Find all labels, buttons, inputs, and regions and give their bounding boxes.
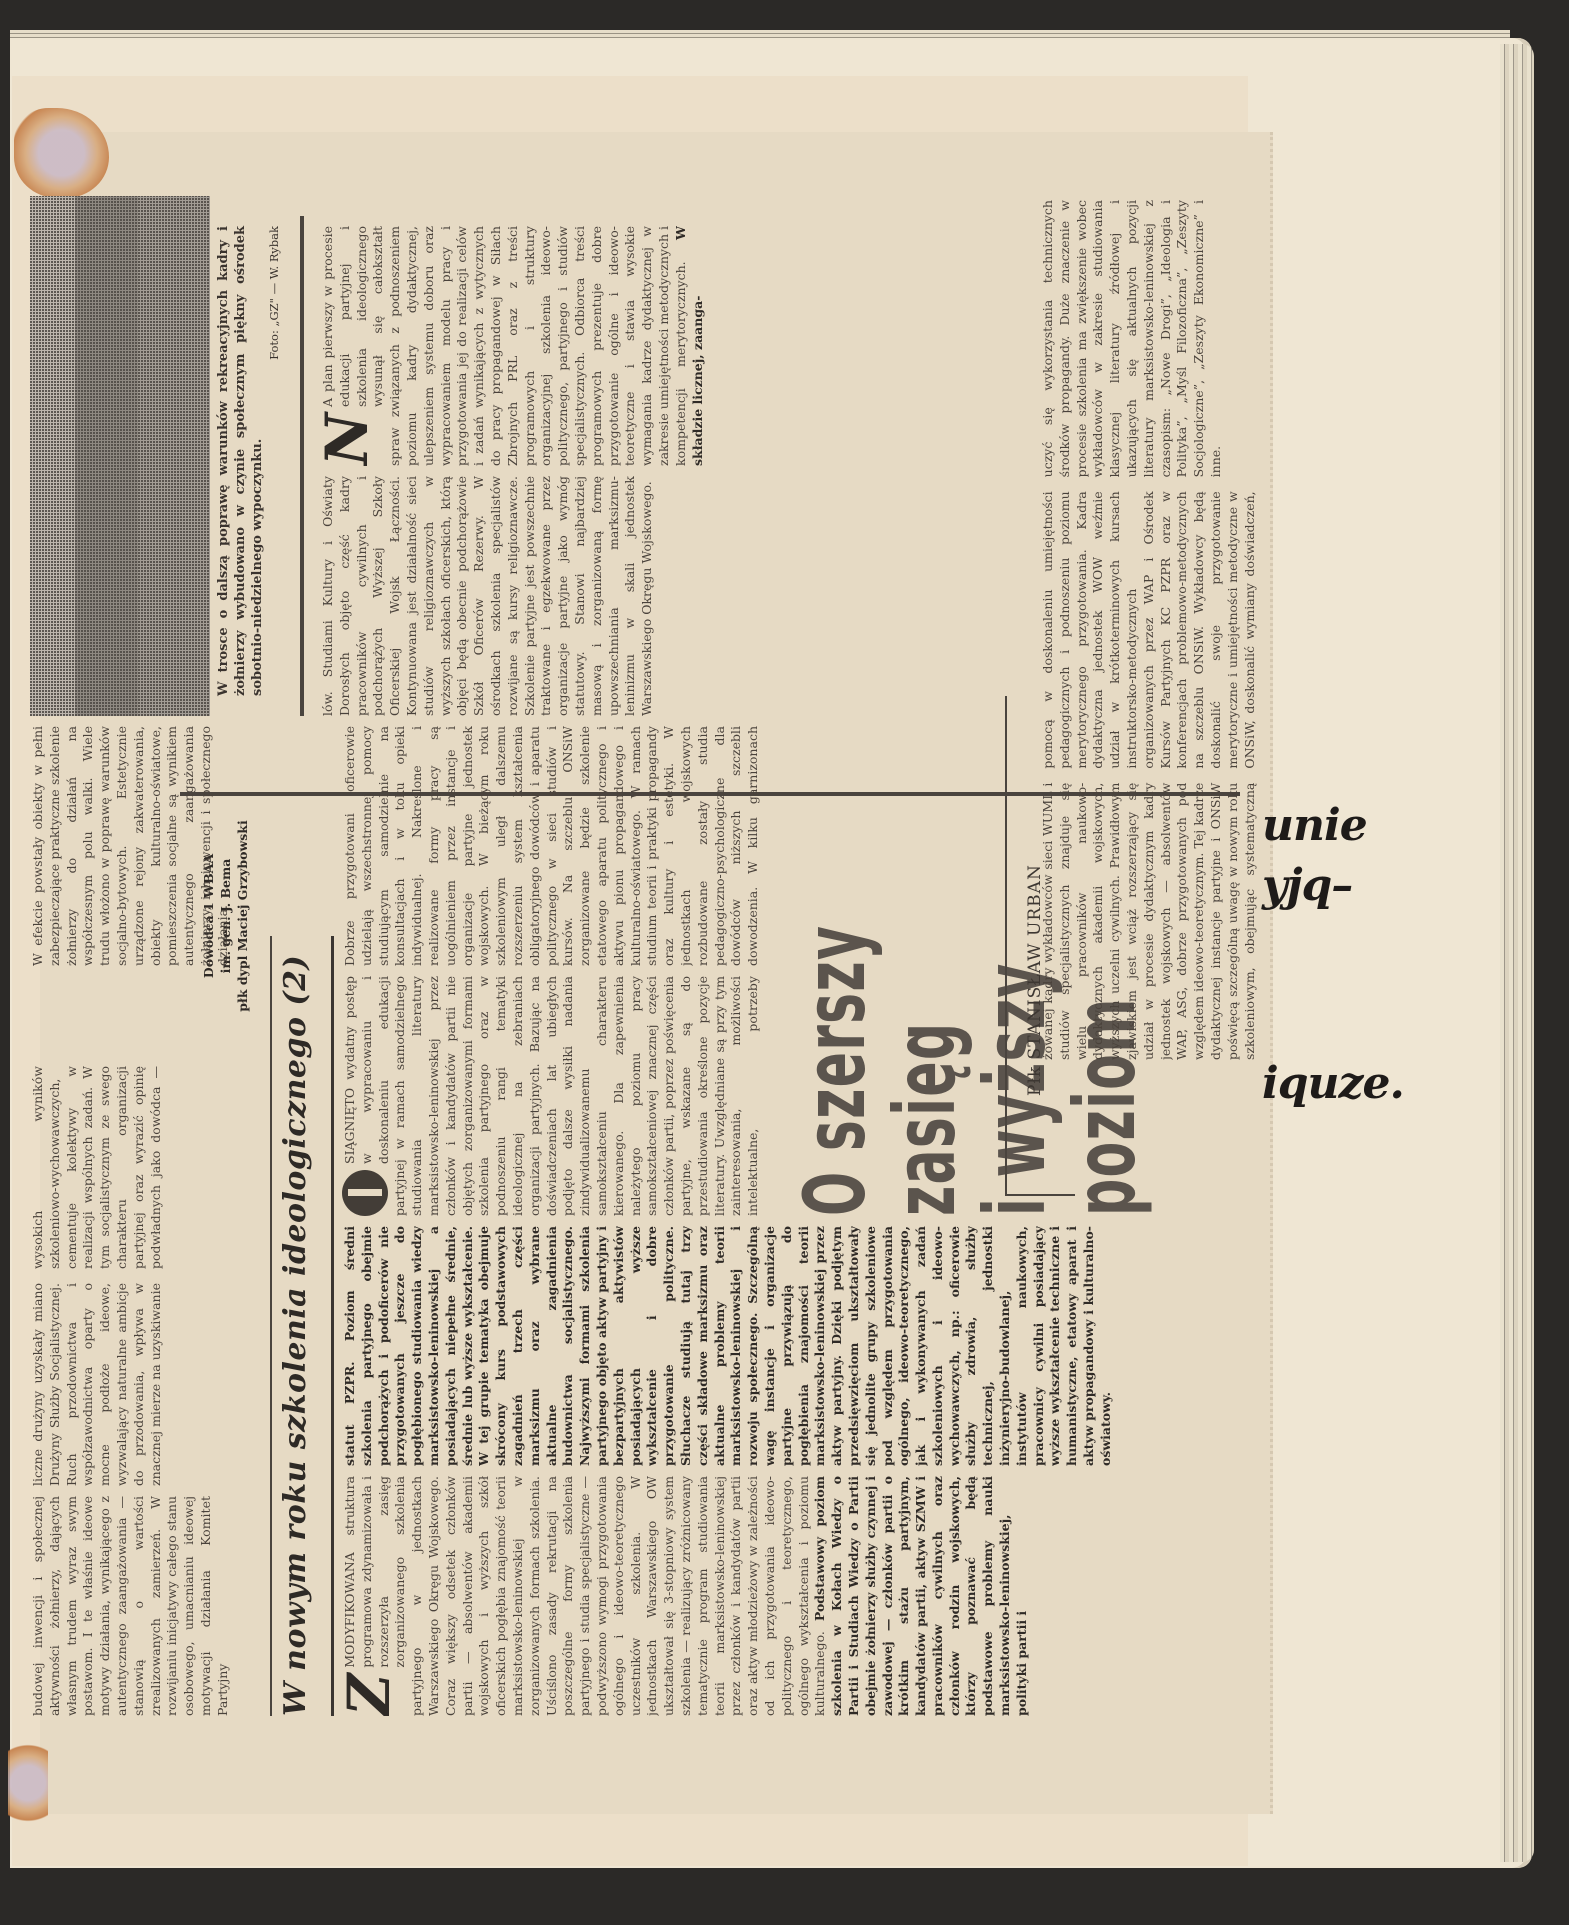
photo-caption: W trosce o dalszą poprawę warunków rekre… — [215, 226, 283, 696]
article-rotated-frame-right: żowanej kadry wykładowców sieci WUML i s… — [1040, 200, 1260, 1060]
article-column-2: statut PZPR. Poziom średni szkolenia par… — [342, 1226, 1232, 1466]
drop-cap: Z — [344, 1674, 394, 1716]
halftone-photo — [30, 196, 210, 716]
roundel-initial-icon — [342, 1170, 388, 1216]
section-headline: W nowym roku szkolenia ideologicznego (2… — [278, 936, 334, 1716]
divider — [270, 936, 272, 1716]
handwritten-note-3: iquze. — [1262, 1058, 1404, 1109]
article-column-1: Z MODYFIKOWANA struktura programowa zdyn… — [342, 1476, 1232, 1716]
handwritten-note-2: yjq– — [1262, 860, 1352, 911]
drop-cap-n: N — [322, 413, 372, 466]
article-fragment-left: budowej inwencji i społecznej aktywności… — [30, 1496, 268, 1716]
article-column-4: Dobrze przygotowani oficerowie udzielają… — [342, 726, 762, 966]
main-title: O szerszy zasięg i wyższy poziom — [790, 894, 1010, 1216]
album-page-stack-edge — [1500, 44, 1534, 1862]
article-column-5: W efekcie powstały obiekty w pełni zabez… — [30, 726, 330, 966]
article-column-3: SIĄGNIĘTO wydatny postęp w wypracowaniu … — [342, 976, 762, 1216]
photo-credit: Foto: „GZ" — W. Rybak — [266, 226, 283, 696]
handwritten-note-1: unie — [1262, 800, 1367, 851]
article-fragment-upper: liczne drużyny uzyskały miano Drużyny Sł… — [30, 1066, 180, 1486]
article-column-8: żowanej kadry wykładowców sieci WUML i s… — [1040, 200, 1260, 1060]
photo-divider — [300, 216, 304, 716]
